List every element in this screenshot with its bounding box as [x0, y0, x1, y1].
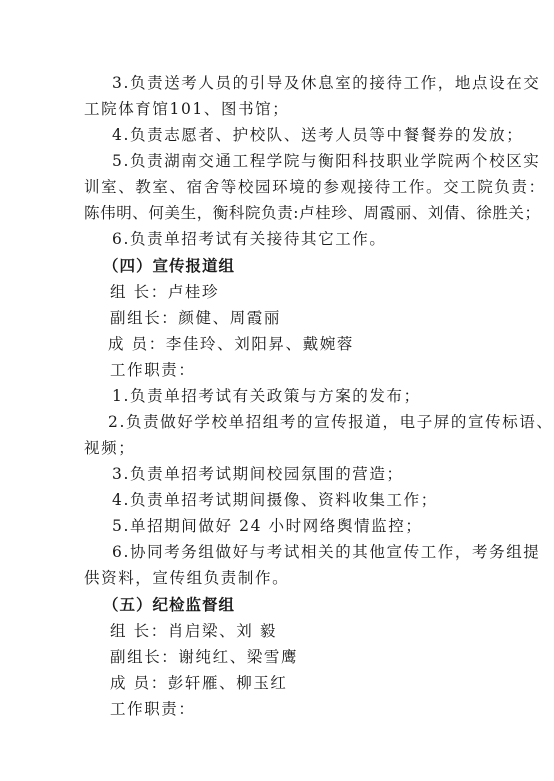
document-page: 3.负责送考人员的引导及休息室的接待工作，地点设在交 工院体育馆101、图书馆；… [0, 0, 554, 781]
text-line-reception-duty-5-cont: 训室、教室、宿舍等校园环境的参观接待工作。交工院负责： [84, 174, 476, 200]
text-line-publicity-duty-6-cont: 供资料，宣传组负责制作。 [84, 565, 476, 591]
publicity-deputy-leader: 副组长：颜健、周霞丽 [110, 305, 502, 331]
discipline-deputy-leader: 副组长：谢纯红、梁雪鹰 [110, 644, 502, 670]
text-line-reception-duty-6: 6.负责单招考试有关接待其它工作。 [112, 226, 504, 252]
discipline-duties-label: 工作职责： [110, 696, 502, 722]
text-line-publicity-duty-3: 3.负责单招考试期间校园氛围的营造； [112, 461, 504, 487]
publicity-members: 成 员：李佳玲、刘阳昇、戴婉蓉 [108, 331, 500, 357]
text-line-reception-duty-5-cont2: 陈伟明、何美生，衡科院负责:卢桂珍、周霞丽、刘倩、徐胜关； [84, 200, 476, 226]
discipline-members: 成 员：彭轩雁、柳玉红 [110, 670, 502, 696]
text-line-publicity-duty-2-cont: 视频； [84, 435, 476, 461]
discipline-leader: 组 长：肖启梁、刘 毅 [110, 618, 502, 644]
text-line-reception-duty-3-cont: 工院体育馆101、图书馆； [84, 96, 476, 122]
text-line-publicity-duty-1: 1.负责单招考试有关政策与方案的发布； [112, 383, 504, 409]
text-line-publicity-duty-6: 6.协同考务组做好与考试相关的其他宣传工作，考务组提 [112, 539, 504, 565]
text-line-publicity-duty-2: 2.负责做好学校单招组考的宣传报道，电子屏的宣传标语、 [108, 409, 500, 435]
text-line-publicity-duty-4: 4.负责单招考试期间摄像、资料收集工作； [112, 487, 504, 513]
text-line-publicity-duty-5: 5.单招期间做好 24 小时网络舆情监控； [112, 513, 504, 539]
publicity-leader: 组 长：卢桂珍 [110, 279, 502, 305]
section-heading-publicity: （四）宣传报道组 [103, 253, 495, 279]
text-line-reception-duty-3: 3.负责送考人员的引导及休息室的接待工作，地点设在交 [112, 70, 504, 96]
section-heading-discipline: （五）纪检监督组 [103, 592, 495, 618]
text-line-reception-duty-5: 5.负责湖南交通工程学院与衡阳科技职业学院两个校区实 [112, 148, 504, 174]
text-line-reception-duty-4: 4.负责志愿者、护校队、送考人员等中餐餐券的发放； [112, 122, 504, 148]
publicity-duties-label: 工作职责： [110, 357, 502, 383]
